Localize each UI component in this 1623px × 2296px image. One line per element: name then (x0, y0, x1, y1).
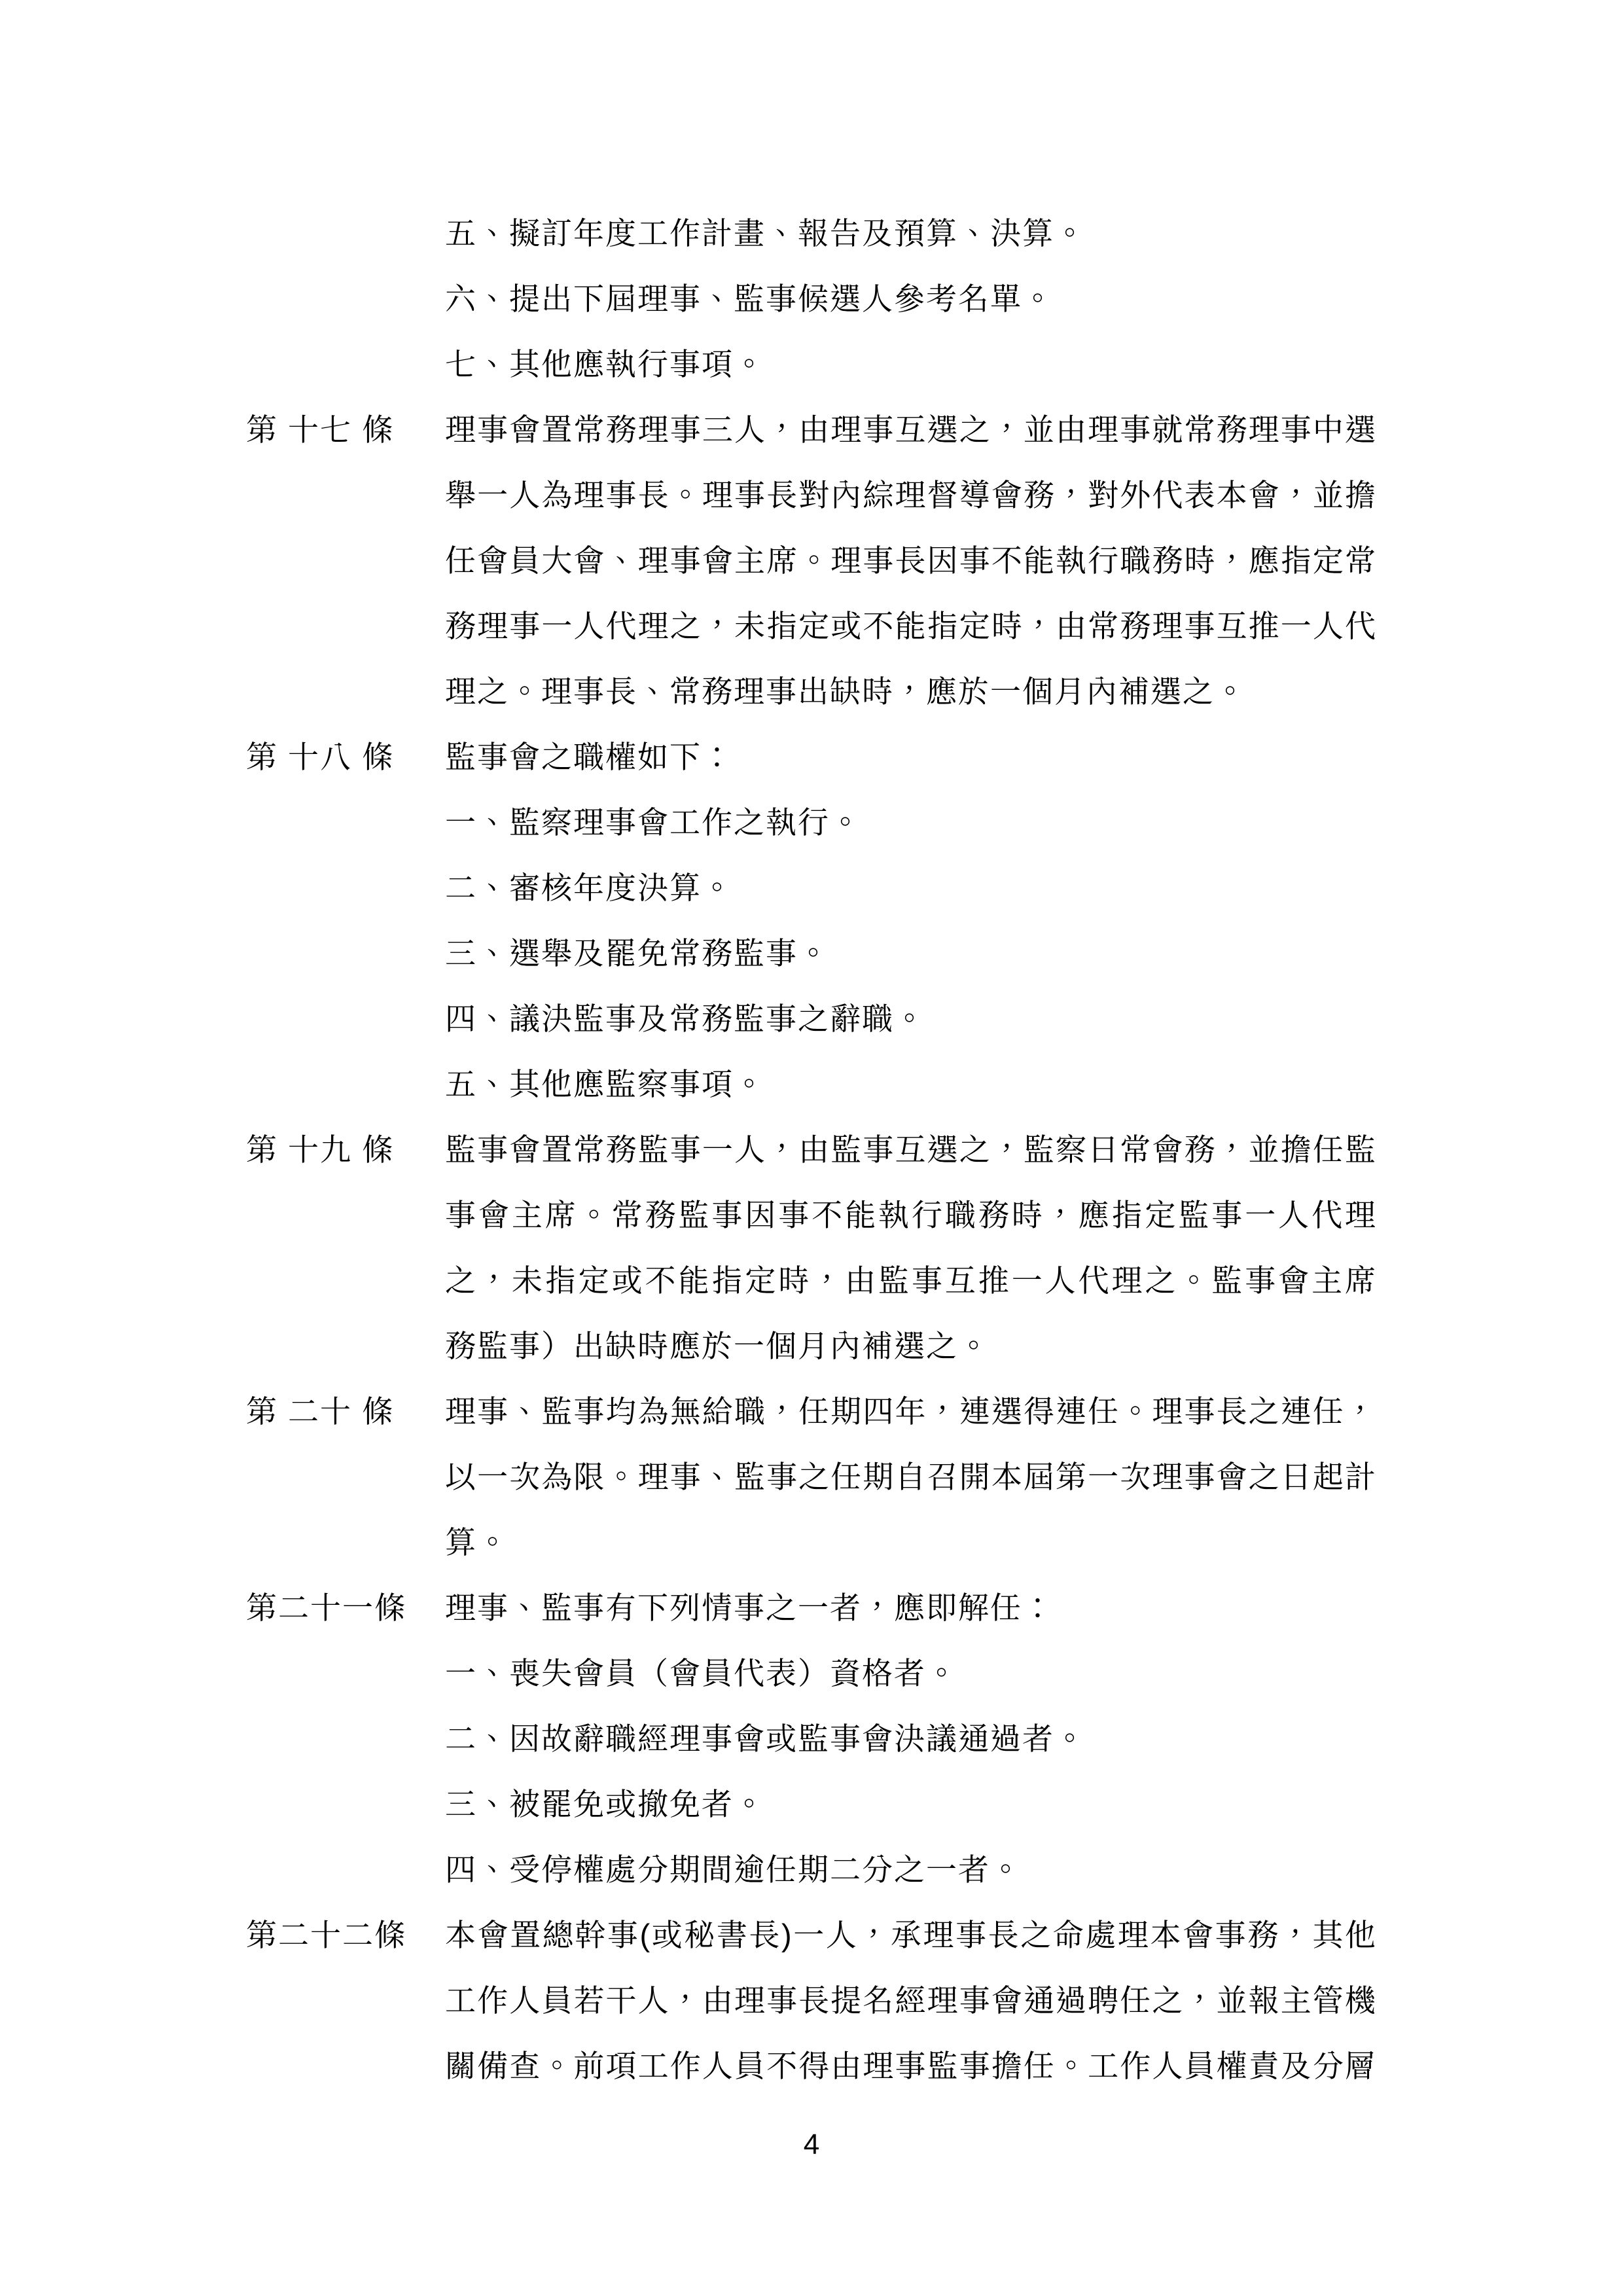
article-text-line: 理之。理事長、常務理事出缺時，應於一個月內補選之。 (445, 659, 1377, 725)
article-text-line: 以一次為限。理事、監事之任期自召開本屆第一次理事會之日起計 (445, 1444, 1377, 1510)
article-line: 務監事）出缺時應於一個月內補選之。 (246, 1314, 1377, 1379)
article-label: 第 二十 條 (246, 1379, 445, 1444)
article-text-line: 理事會置常務理事三人，由理事互選之，並由理事就常務理事中選 (445, 397, 1377, 463)
list-item-text: 四、議決監事及常務監事之辭職。 (445, 986, 1377, 1052)
label-spacer (246, 1248, 445, 1314)
article-text-line: 事會主席。常務監事因事不能執行職務時，應指定監事一人代理 (445, 1183, 1377, 1248)
list-item-text: 二、因故辭職經理事會或監事會決議通過者。 (445, 1706, 1377, 1772)
label-spacer (246, 2034, 445, 2099)
article-line: 舉一人為理事長。理事長對內綜理督導會務，對外代表本會，並擔 (246, 463, 1377, 528)
article-text-line: 務理事一人代理之，未指定或不能指定時，由常務理事互推一人代 (445, 594, 1377, 659)
list-item-text: 六、提出下屆理事、監事候選人參考名單。 (445, 266, 1377, 332)
label-spacer (246, 1837, 445, 1903)
article-label: 第 十八 條 (246, 725, 445, 790)
article-line: 第二十一條 理事、監事有下列情事之一者，應即解任： (246, 1575, 1377, 1641)
article-line: 第 二十 條 理事、監事均為無給職，任期四年，連選得連任。理事長之連任， (246, 1379, 1377, 1444)
list-item-text: 一、監察理事會工作之執行。 (445, 790, 1377, 855)
article-text-line: 舉一人為理事長。理事長對內綜理督導會務，對外代表本會，並擔 (445, 463, 1377, 528)
article-line: 事會主席。常務監事因事不能執行職務時，應指定監事一人代理 (246, 1183, 1377, 1248)
article-line: 任會員大會、理事會主席。理事長因事不能執行職務時，應指定常 (246, 528, 1377, 594)
article-line: 關備查。前項工作人員不得由理事監事擔任。工作人員權責及分層 (246, 2034, 1377, 2099)
article-label: 第 十九 條 (246, 1117, 445, 1183)
label-spacer (246, 1968, 445, 2034)
label-spacer (246, 986, 445, 1052)
article-text-line: 理事、監事有下列情事之一者，應即解任： (445, 1575, 1377, 1641)
article-line: 第 十七 條 理事會置常務理事三人，由理事互選之，並由理事就常務理事中選 (246, 397, 1377, 463)
list-item-line: 四、議決監事及常務監事之辭職。 (246, 986, 1377, 1052)
label-spacer (246, 1314, 445, 1379)
label-spacer (246, 1706, 445, 1772)
label-spacer (246, 855, 445, 921)
article-line: 工作人員若干人，由理事長提名經理事會通過聘任之，並報主管機 (246, 1968, 1377, 2034)
list-item-text: 五、其他應監察事項。 (445, 1052, 1377, 1117)
list-item-line: 五、擬訂年度工作計畫、報告及預算、決算。 (246, 201, 1377, 266)
list-item-line: 二、因故辭職經理事會或監事會決議通過者。 (246, 1706, 1377, 1772)
article-text-line: 監事會之職權如下： (445, 725, 1377, 790)
article-text-line: 本會置總幹事(或秘書長)一人，承理事長之命處理本會事務，其他 (445, 1903, 1377, 1968)
page-number: 4 (0, 2119, 1623, 2171)
article-text-line: 之，未指定或不能指定時，由監事互推一人代理之。監事會主席（常 (445, 1248, 1377, 1314)
article-text-line: 理事、監事均為無給職，任期四年，連選得連任。理事長之連任， (445, 1379, 1377, 1444)
article-text-line: 算。 (445, 1510, 1377, 1575)
article-line: 第二十二條 本會置總幹事(或秘書長)一人，承理事長之命處理本會事務，其他 (246, 1903, 1377, 1968)
article-line: 第 十九 條 監事會置常務監事一人，由監事互選之，監察日常會務，並擔任監 (246, 1117, 1377, 1183)
list-item-line: 一、喪失會員（會員代表）資格者。 (246, 1641, 1377, 1706)
label-spacer (246, 201, 445, 266)
label-spacer (246, 1510, 445, 1575)
label-spacer (246, 1641, 445, 1706)
label-spacer (246, 594, 445, 659)
list-item-line: 三、選舉及罷免常務監事。 (246, 921, 1377, 986)
article-text-line: 關備查。前項工作人員不得由理事監事擔任。工作人員權責及分層 (445, 2034, 1377, 2099)
list-item-text: 三、被罷免或撤免者。 (445, 1772, 1377, 1837)
list-item-text: 七、其他應執行事項。 (445, 332, 1377, 397)
label-spacer (246, 1444, 445, 1510)
label-spacer (246, 1183, 445, 1248)
list-item-line: 三、被罷免或撤免者。 (246, 1772, 1377, 1837)
article-line: 算。 (246, 1510, 1377, 1575)
label-spacer (246, 266, 445, 332)
list-item-text: 一、喪失會員（會員代表）資格者。 (445, 1641, 1377, 1706)
label-spacer (246, 528, 445, 594)
label-spacer (246, 332, 445, 397)
list-item-line: 四、受停權處分期間逾任期二分之一者。 (246, 1837, 1377, 1903)
article-text-line: 務監事）出缺時應於一個月內補選之。 (445, 1314, 1377, 1379)
article-line: 第 十八 條 監事會之職權如下： (246, 725, 1377, 790)
document-page: 五、擬訂年度工作計畫、報告及預算、決算。 六、提出下屆理事、監事候選人參考名單。… (0, 0, 1623, 2296)
label-spacer (246, 790, 445, 855)
article-text-line: 工作人員若干人，由理事長提名經理事會通過聘任之，並報主管機 (445, 1968, 1377, 2034)
article-text-line: 監事會置常務監事一人，由監事互選之，監察日常會務，並擔任監 (445, 1117, 1377, 1183)
list-item-text: 五、擬訂年度工作計畫、報告及預算、決算。 (445, 201, 1377, 266)
list-item-line: 一、監察理事會工作之執行。 (246, 790, 1377, 855)
label-spacer (246, 921, 445, 986)
list-item-text: 三、選舉及罷免常務監事。 (445, 921, 1377, 986)
document-content: 五、擬訂年度工作計畫、報告及預算、決算。 六、提出下屆理事、監事候選人參考名單。… (246, 201, 1377, 2099)
list-item-line: 二、審核年度決算。 (246, 855, 1377, 921)
label-spacer (246, 659, 445, 725)
list-item-line: 七、其他應執行事項。 (246, 332, 1377, 397)
label-spacer (246, 463, 445, 528)
article-text-line: 任會員大會、理事會主席。理事長因事不能執行職務時，應指定常 (445, 528, 1377, 594)
label-spacer (246, 1052, 445, 1117)
list-item-line: 五、其他應監察事項。 (246, 1052, 1377, 1117)
article-line: 以一次為限。理事、監事之任期自召開本屆第一次理事會之日起計 (246, 1444, 1377, 1510)
label-spacer (246, 1772, 445, 1837)
article-label: 第 十七 條 (246, 397, 445, 463)
list-item-text: 四、受停權處分期間逾任期二分之一者。 (445, 1837, 1377, 1903)
article-label: 第二十二條 (246, 1903, 445, 1968)
article-line: 之，未指定或不能指定時，由監事互推一人代理之。監事會主席（常 (246, 1248, 1377, 1314)
article-line: 務理事一人代理之，未指定或不能指定時，由常務理事互推一人代 (246, 594, 1377, 659)
article-label: 第二十一條 (246, 1575, 445, 1641)
article-line: 理之。理事長、常務理事出缺時，應於一個月內補選之。 (246, 659, 1377, 725)
list-item-line: 六、提出下屆理事、監事候選人參考名單。 (246, 266, 1377, 332)
list-item-text: 二、審核年度決算。 (445, 855, 1377, 921)
